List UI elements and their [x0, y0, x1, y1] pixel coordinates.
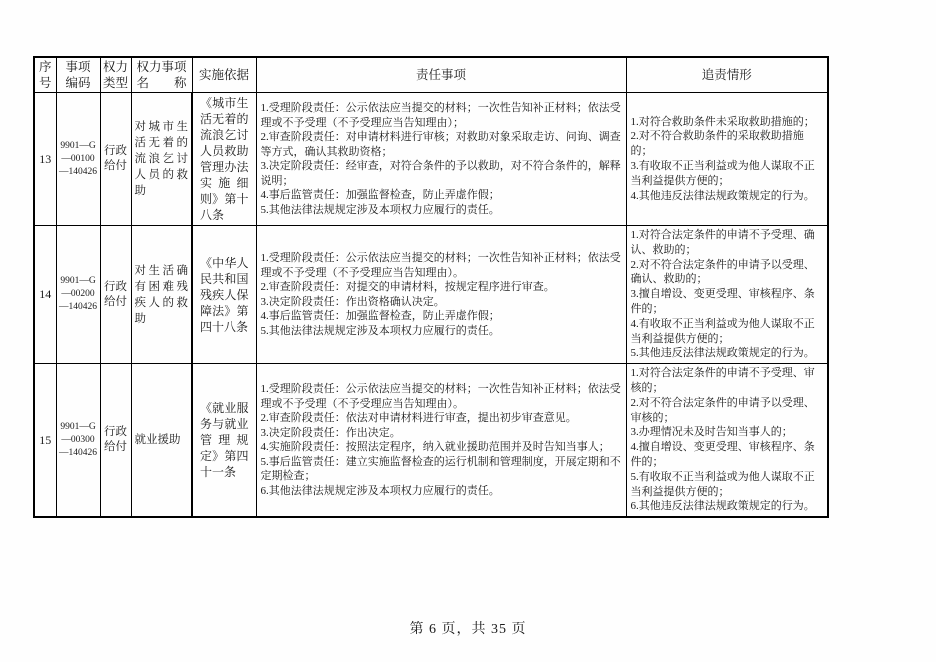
cell-responsibility-items: 1.受理阶段责任：公示依法应当提交的材料；一次性告知补正材料；依法受理或不予受理… — [256, 364, 626, 517]
cell-accountability-situations: 1.对符合救助条件未采取救助措施的； 2.对不符合救助条件的采取救助措施的； 3… — [626, 93, 828, 226]
cell-item-code: 9901—G —00300 —140426 — [56, 364, 100, 517]
header-implementation-basis: 实施依据 — [192, 57, 256, 93]
cell-responsibility-items: 1.受理阶段责任：公示依法应当提交的材料；一次性告知补正材料；依法受理或不予受理… — [256, 93, 626, 226]
document-page: 序 号 事项 编码 权力 类型 权力事项 名 称 实施依据 责任事项 追责情形 … — [0, 0, 936, 662]
table-header-row: 序 号 事项 编码 权力 类型 权力事项 名 称 实施依据 责任事项 追责情形 — [34, 57, 828, 93]
header-item-code: 事项 编码 — [56, 57, 100, 93]
cell-seq-number: 13 — [34, 93, 56, 226]
cell-power-type: 行政 给付 — [100, 226, 131, 364]
header-accountability-situations: 追责情形 — [626, 57, 828, 93]
header-seq-number: 序 号 — [34, 57, 56, 93]
cell-implementation-basis: 《城市生活无着的流浪乞讨人员救助管理办法实施细则》第十八条 — [192, 93, 256, 226]
cell-item-code: 9901—G —00200 —140426 — [56, 226, 100, 364]
cell-implementation-basis: 《就业服务与就业管理规定》第四十一条 — [192, 364, 256, 517]
cell-power-item-name: 就业援助 — [131, 364, 192, 517]
power-responsibility-table: 序 号 事项 编码 权力 类型 权力事项 名 称 实施依据 责任事项 追责情形 … — [33, 56, 829, 518]
cell-power-item-name: 对城市生活无着的流浪乞讨人员的救助 — [131, 93, 192, 226]
cell-responsibility-items: 1.受理阶段责任：公示依法应当提交的材料；一次性告知补正材料；依法受理或不予受理… — [256, 226, 626, 364]
cell-accountability-situations: 1.对符合法定条件的申请不予受理、确认、救助的； 2.对不符合法定条件的申请予以… — [626, 226, 828, 364]
table-row-13: 13 9901—G —00100 —140426 行政 给付 对城市生活无着的流… — [34, 93, 828, 226]
cell-item-code: 9901—G —00100 —140426 — [56, 93, 100, 226]
cell-power-type: 行政 给付 — [100, 93, 131, 226]
header-power-item-name: 权力事项 名 称 — [131, 57, 192, 93]
table-row-14: 14 9901—G —00200 —140426 行政 给付 对生活确有困难残疾… — [34, 226, 828, 364]
header-power-type: 权力 类型 — [100, 57, 131, 93]
cell-seq-number: 15 — [34, 364, 56, 517]
table-row-15: 15 9901—G —00300 —140426 行政 给付 就业援助 《就业服… — [34, 364, 828, 517]
cell-implementation-basis: 《中华人民共和国残疾人保障法》第四十八条 — [192, 226, 256, 364]
header-responsibility-items: 责任事项 — [256, 57, 626, 93]
cell-accountability-situations: 1.对符合法定条件的申请不予受理、审核的； 2.对不符合法定条件的申请予以受理、… — [626, 364, 828, 517]
page-number-footer: 第 6 页，共 35 页 — [0, 618, 936, 638]
cell-seq-number: 14 — [34, 226, 56, 364]
cell-power-item-name: 对生活确有困难残疾人的救助 — [131, 226, 192, 364]
cell-power-type: 行政 给付 — [100, 364, 131, 517]
